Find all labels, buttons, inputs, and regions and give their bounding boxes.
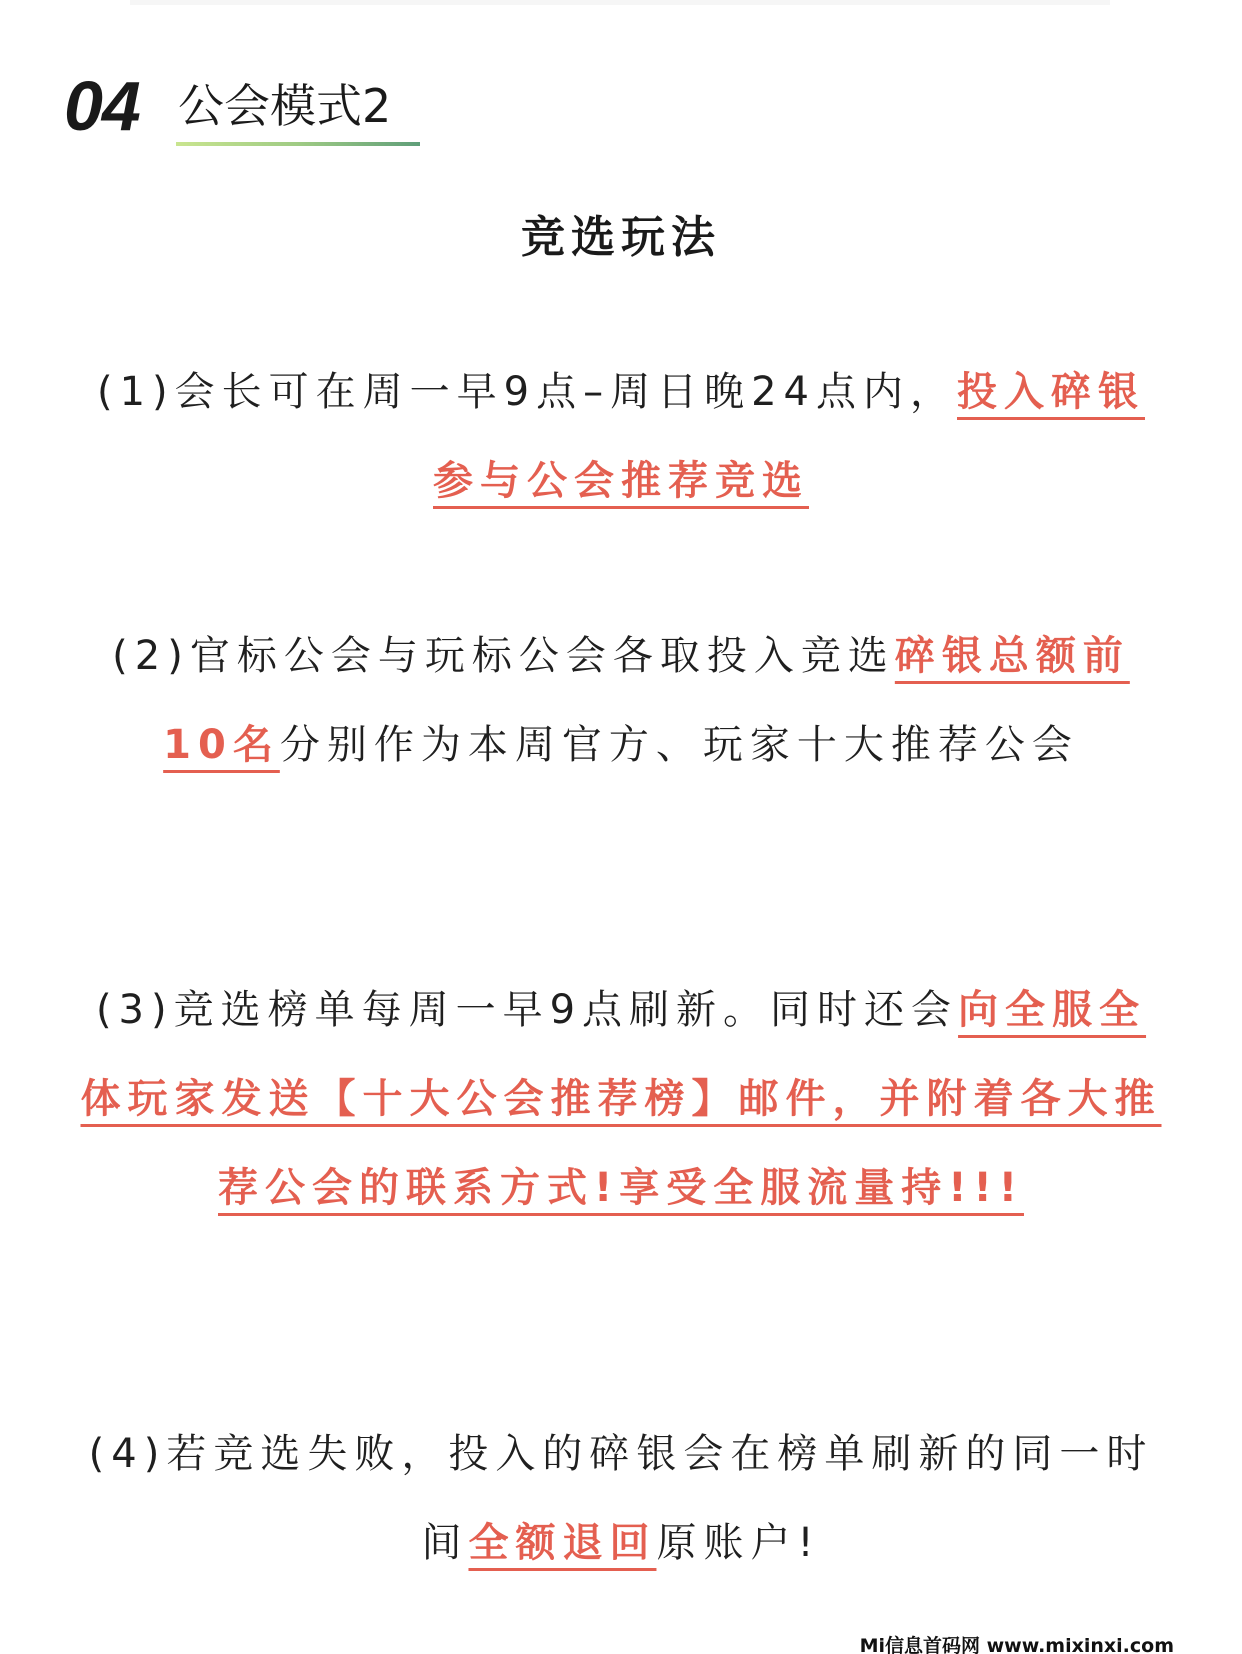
rule-item-1: (1)会长可在周一早9点–周日晚24点内，投入碎银参与公会推荐竞选 (80, 348, 1162, 526)
rule-4-highlight: 全额退回 (468, 1520, 656, 1566)
watermark: Mi信息首码网 www.mixinxi.com (860, 1636, 1174, 1654)
rule-1-text: (1)会长可在周一早9点–周日晚24点内， (97, 369, 957, 415)
rule-item-4: (4)若竞选失败，投入的碎银会在榜单刷新的同一时间全额退回原账户! (80, 1410, 1162, 1588)
page-subtitle: 竞选玩法 (0, 208, 1242, 268)
rule-2-text-b: 分别作为本周官方、玩家十大推荐公会 (280, 722, 1079, 768)
rule-item-3: (3)竞选榜单每周一早9点刷新。同时还会向全服全体玩家发送【十大公会推荐榜】邮件… (80, 966, 1162, 1233)
section-title: 公会模式2 (178, 76, 391, 136)
top-shade (130, 0, 1110, 5)
rule-item-2: (2)官标公会与玩标公会各取投入竞选碎银总额前10名分别作为本周官方、玩家十大推… (80, 612, 1162, 790)
section-title-underline (176, 142, 420, 146)
rule-3-text: (3)竞选榜单每周一早9点刷新。同时还会 (96, 987, 958, 1033)
section-number: 04 (64, 66, 140, 146)
rule-4-text-b: 原账户! (656, 1520, 820, 1566)
rule-2-text-a: (2)官标公会与玩标公会各取投入竞选 (112, 633, 895, 679)
